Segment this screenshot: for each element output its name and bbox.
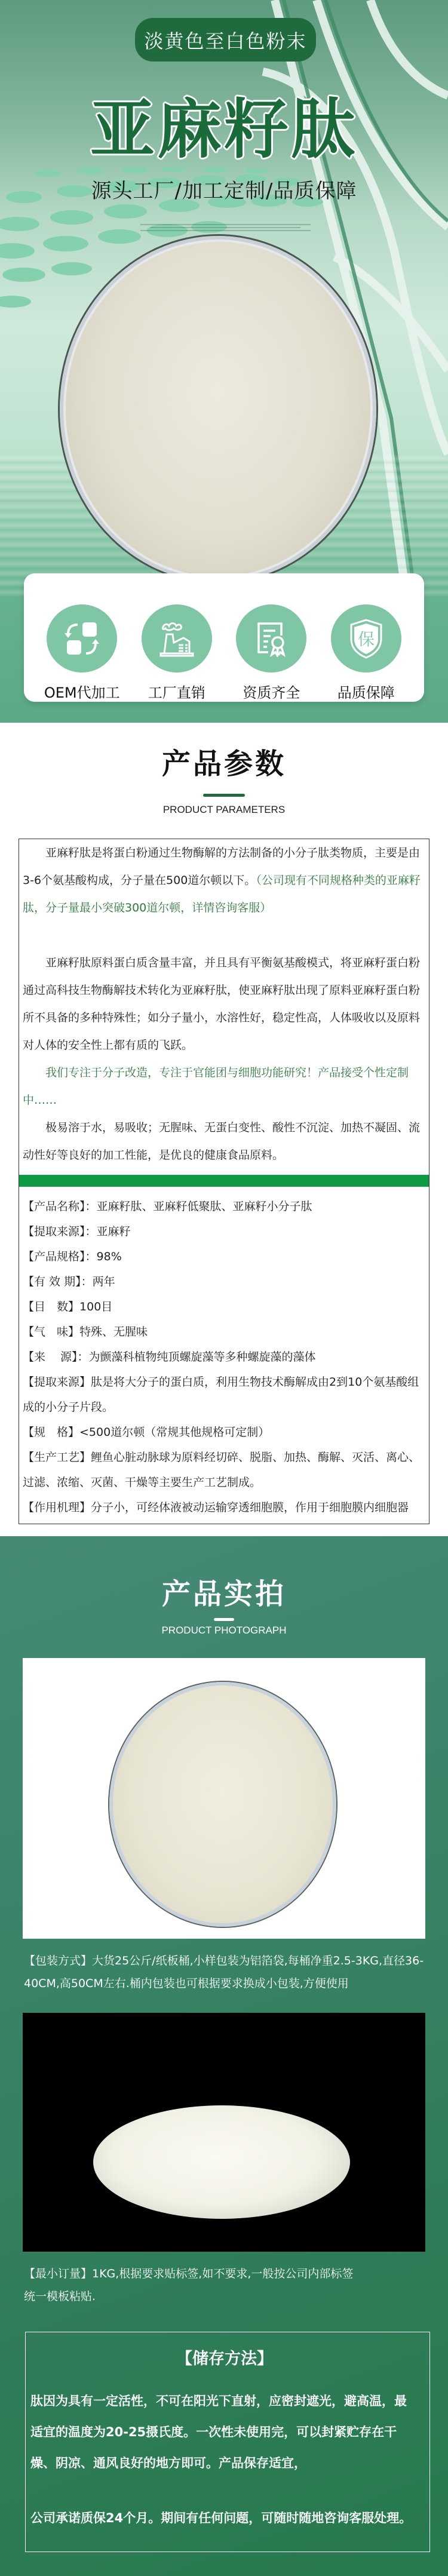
divider-bar [19,1175,429,1187]
intro-paragraph-1: 亚麻籽肽是将蛋白粉通过生物酶解的方法制备的小分子肽类物质，主要是由3-6个氨基酸… [23,839,424,922]
section-heading: 产品实拍 PRODUCT PHOTOGRAPH [0,1536,448,1637]
feature-oem: OEM代加工 [37,573,127,702]
oem-exchange-icon [47,604,117,673]
title-underline [214,1618,234,1621]
feature-label: 工厂直销 [148,681,205,702]
spec-row-odor: 【气 味】特殊、无腥味 [23,1319,424,1344]
powder-pile-image [93,2105,350,2219]
warranty-statement: 公司承诺质保24个月。期间有任何问题，可随时随地咨询客服处理。 [30,2503,419,2534]
certificate-icon [236,604,306,673]
spec-row-extraction-note: 【提取来源】肽是将大分子的蛋白质，利用生物技术酶解成由2到10个氨基酸组成的小分… [23,1370,424,1420]
powder-dish-image [109,1682,336,1927]
shield-icon: 保 [331,604,401,673]
intro-paragraph-3: 我们专注于分子改造，专注于官能团与细胞功能研究！产品接受个性定制中…… [23,1059,424,1114]
section-heading: 产品参数 PRODUCT PARAMETERS [0,723,448,816]
spec-row-specification: 【产品规格】：98% [23,1244,424,1269]
spec-row-product-name: 【产品名称】：亚麻籽肽、亚麻籽低聚肽、亚麻籽小分子肽 [23,1194,424,1219]
factory-icon [142,604,212,673]
intro-paragraph-2: 亚麻籽肽原料蛋白质含量丰富，并且具有平衡氨基酸模式，将亚麻籽蛋白粉通过高科技生物… [23,949,424,1059]
spec-row-mesh: 【目 数】100目 [23,1294,424,1319]
product-photo-dish [23,1658,425,1939]
section-subtitle: PRODUCT PARAMETERS [0,804,448,816]
product-tagline: 源头工厂/加工定制/品质保障 [0,174,448,204]
feature-label: 品质保障 [337,681,395,702]
feature-card: OEM代加工 工厂直销 资质齐全 [24,573,424,702]
title-underline [203,794,245,797]
spec-row-process: 【生产工艺】鲤鱼心脏动脉球为原料经切碎、脱脂、加热、酶解、灭活、离心、过滤、浓缩… [23,1445,424,1495]
spec-row-molecular-weight: 【规 格】<500道尔顿（常规其他规格可定制） [23,1420,424,1445]
decorative-fine-text [140,222,311,233]
storage-title: 【储存方法】 [30,2345,419,2369]
product-headline: 亚麻籽肽 [0,78,448,170]
feature-quality-assurance: 保 品质保障 [321,573,411,702]
feature-qualifications: 资质齐全 [226,573,316,702]
storage-box: 【储存方法】 肽因为具有一定活性，不可在阳光下直射，应密封遮光，避高温，最适宜的… [25,2332,430,2552]
feature-factory-direct: 工厂直销 [132,573,222,702]
spec-row-mechanism: 【作用机理】分子小，可经体液被动运输穿透细胞膜，作用于细胞膜内细胞器 [23,1495,424,1520]
section-title: 产品实拍 [0,1571,448,1612]
spec-row-extraction-source: 【提取来源】：亚麻籽 [23,1219,424,1244]
product-photo-pile [23,2013,425,2252]
product-photograph-section: 产品实拍 PRODUCT PHOTOGRAPH 【包装方式】大货25公斤/纸板桶… [0,1536,448,2576]
spec-row-shelf-life: 【有 效 期】：两年 [23,1269,424,1294]
feature-label: 资质齐全 [243,681,300,702]
hero-banner: 淡黄色至白色粉末 亚麻籽肽 源头工厂/加工定制/品质保障 OEM代加工 [0,0,448,723]
svg-text:保: 保 [358,630,375,649]
product-parameters-section: 产品参数 PRODUCT PARAMETERS 亚麻籽肽是将蛋白粉通过生物酶解的… [0,723,448,1524]
product-image-dish [60,236,376,582]
feature-label: OEM代加工 [44,681,120,702]
packaging-info: 【包装方式】大货25公斤/纸板桶,小样包装为铝箔袋,每桶净重2.5-3KG,直径… [24,1949,425,1995]
storage-instructions: 肽因为具有一定活性，不可在阳光下直射，应密封遮光，避高温，最适宜的温度为20-2… [30,2385,419,2479]
spec-row-source: 【来 源】：为颤藻科植物纯顶螺旋藻等多种螺旋藻的藻体 [23,1344,424,1370]
intro-paragraph-4: 极易溶于水，易吸收；无腥味、无蛋白变性、酸性不沉淀、加热不凝固、流动性好等良好的… [23,1114,424,1169]
section-title: 产品参数 [0,741,448,782]
parameters-box: 亚麻籽肽是将蛋白粉通过生物酶解的方法制备的小分子肽类物质，主要是由3-6个氨基酸… [19,839,429,1524]
section-subtitle: PRODUCT PHOTOGRAPH [0,1625,448,1637]
product-form-badge: 淡黄色至白色粉末 [135,18,316,62]
min-order-info: 【最小订量】1KG,根据要求贴标签,如不要求,一般按公司内部标签统一模板粘贴. [24,2262,358,2308]
